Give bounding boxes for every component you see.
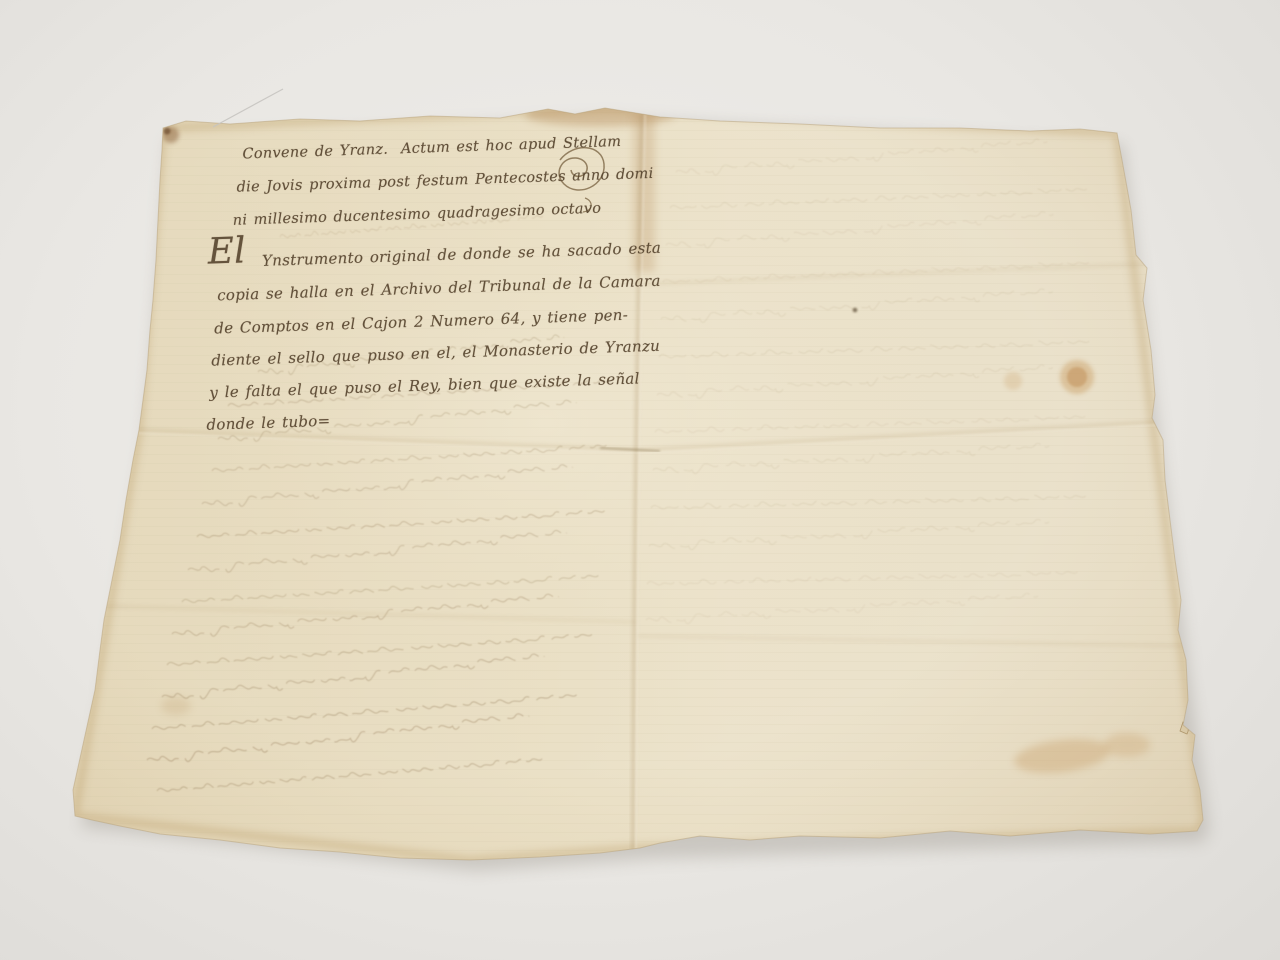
note-line: de Comptos en el Cajon 2 Numero 64, y ti… <box>214 306 628 338</box>
note-line: donde le tubo= <box>206 412 331 434</box>
photo-of-manuscript: Convene de Yranz. Actum est hoc apud Ste… <box>0 0 1280 960</box>
latin-heading-line: die Jovis proxima post festum Pentecoste… <box>236 166 653 196</box>
initial-el: El <box>207 230 246 272</box>
ink-speck <box>853 308 858 313</box>
handwritten-text-block: Convene de Yranz. Actum est hoc apud Ste… <box>196 125 667 470</box>
note-line: diente el sello que puso en el, el Monas… <box>211 337 660 370</box>
corner-stain-top-left <box>163 127 179 143</box>
smudge-bottom-left <box>161 697 191 715</box>
note-line: y le falta el que puso el Rey, bien que … <box>209 369 640 401</box>
note-line: copia se halla en el Archivo del Tribuna… <box>217 272 661 305</box>
latin-heading-line: ni millesimo ducentesimo quadragesimo oc… <box>232 201 601 229</box>
latin-heading-line: Convene de Yranz. Actum est hoc apud Ste… <box>242 134 621 163</box>
note-line: Ynstrumento original de donde se ha saca… <box>262 239 662 270</box>
